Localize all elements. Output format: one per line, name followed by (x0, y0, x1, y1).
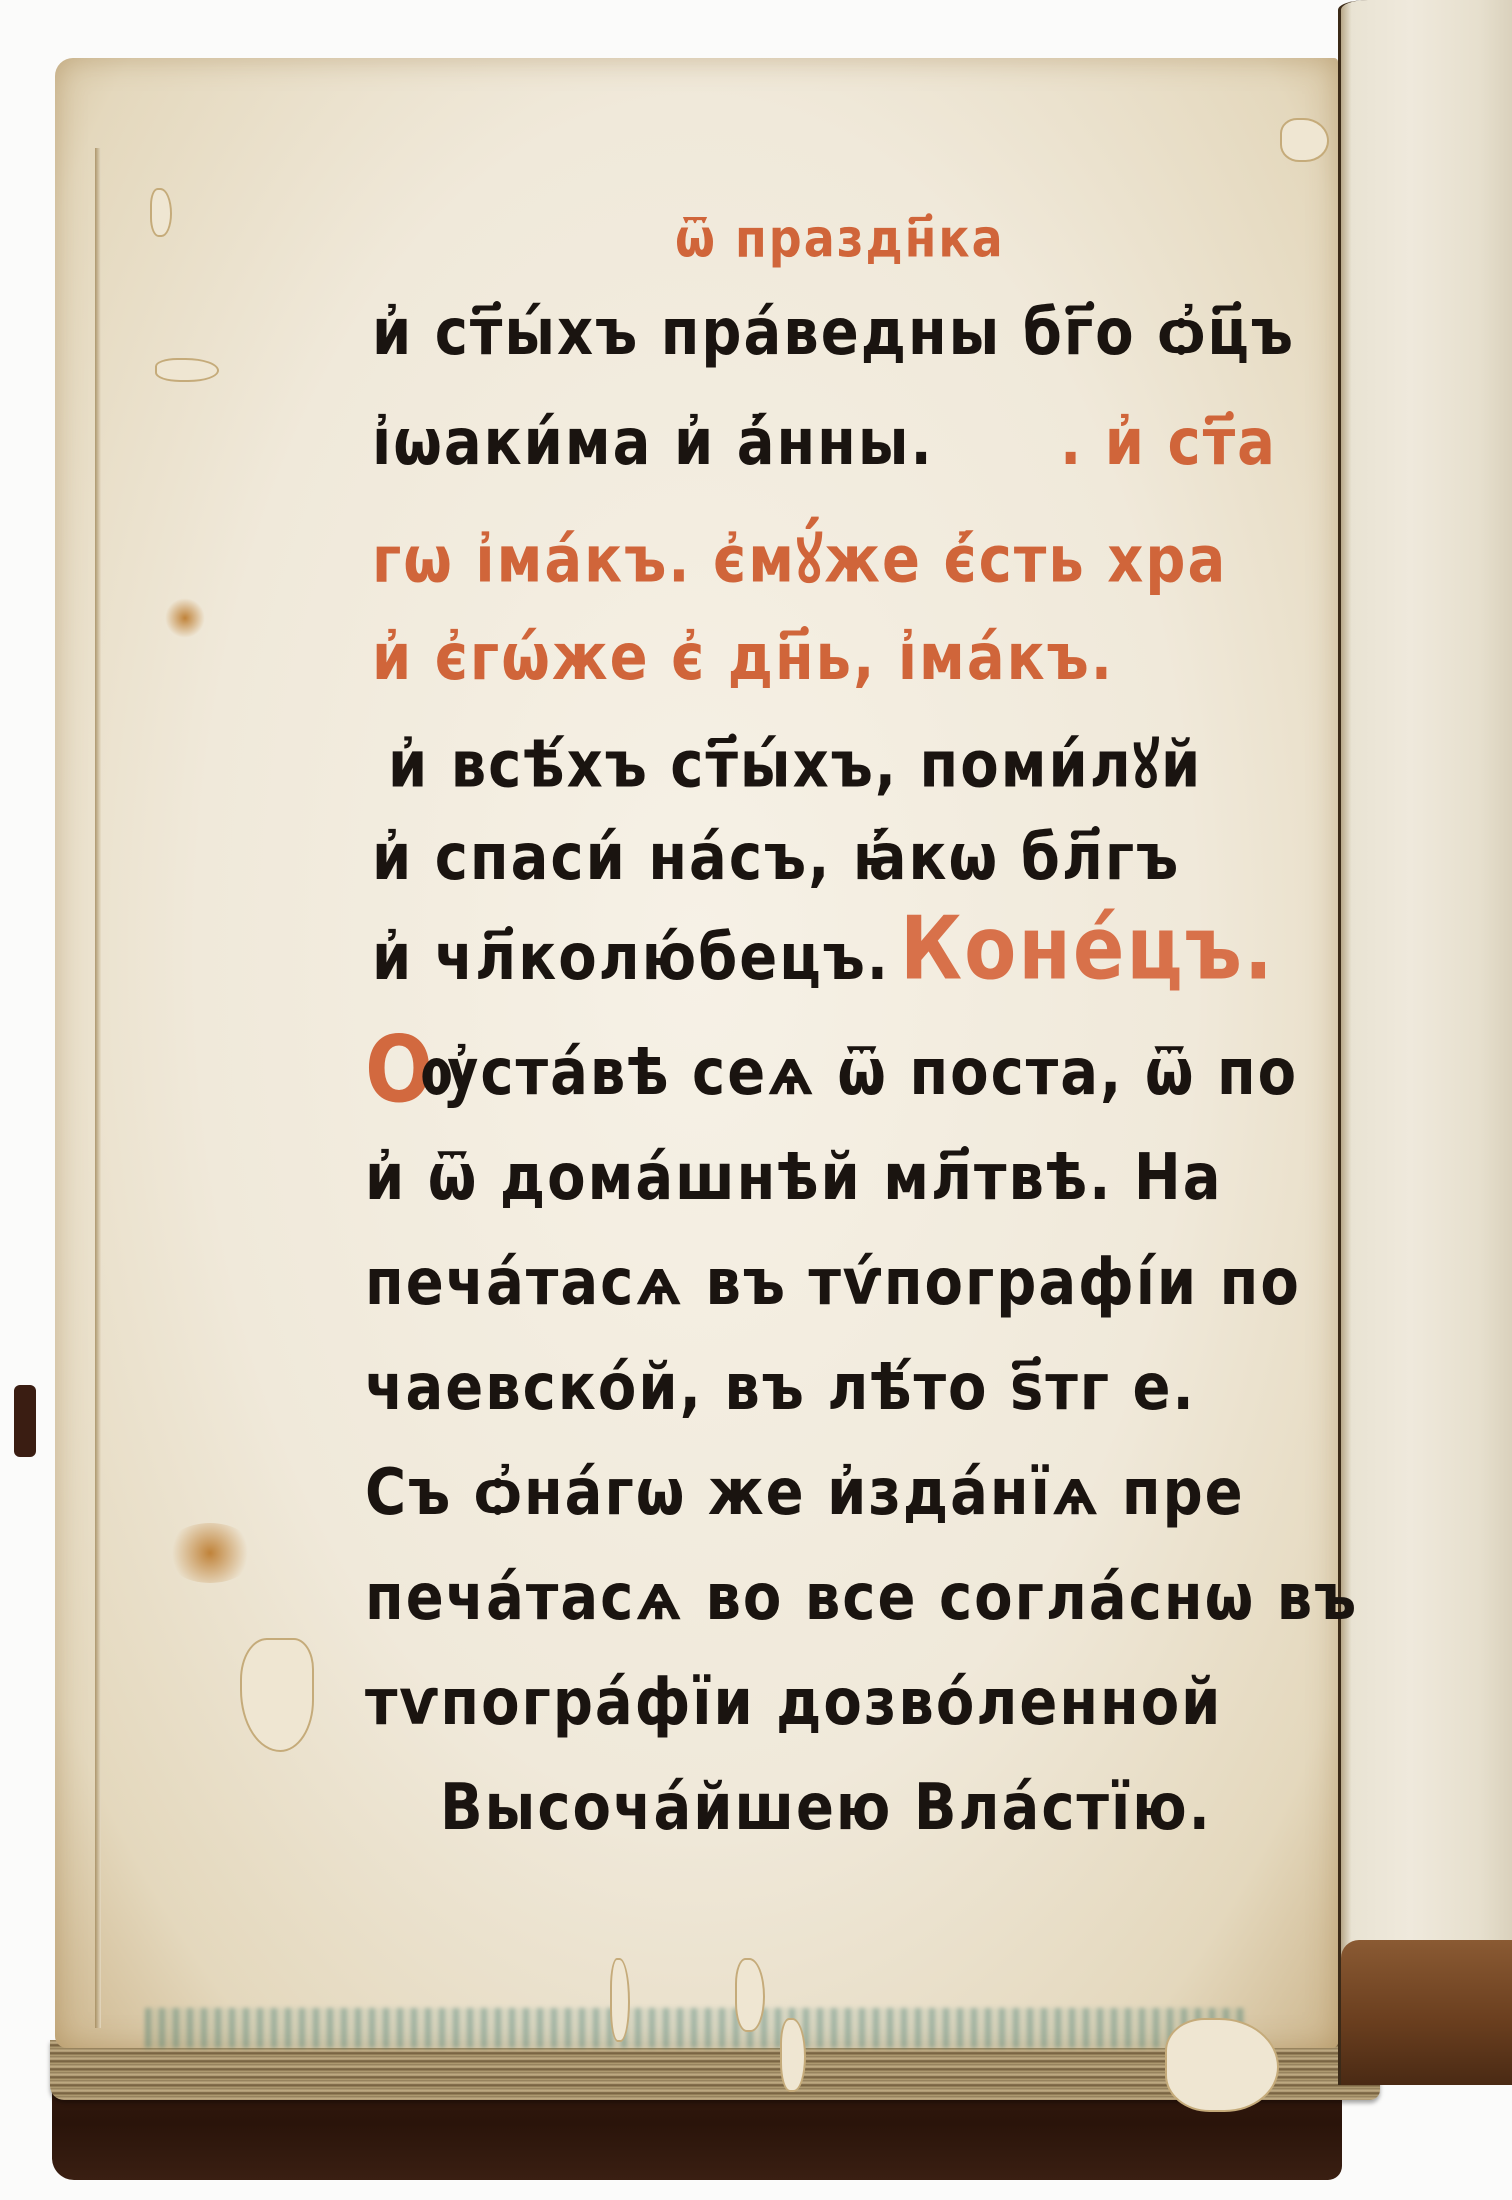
text-line-14: тѵпогра́фїи дозво́ленной (365, 1665, 1222, 1740)
text-line-5: и҆ всѣ́хъ ст҃ы́хъ, поми́лꙋй (388, 719, 1202, 806)
text-line-4: и҆ є҆гѡ́же є҆ дн҃ь, і҆ма́къ. (372, 620, 1114, 695)
text-line-6: и҆ спаси́ на́съ, ꙗ҆́кѡ бл҃гъ (372, 820, 1180, 895)
text-line-15: Высоча́йшею Вла́стїю. (440, 1770, 1212, 1845)
text-line-8: ѹ҆ста́вѣ сеѧ ѿ поста, ѿ по (420, 1035, 1298, 1110)
text-line-2b: . и҆ ст҃а (1060, 405, 1277, 480)
text-line-12: Съ ѻ҆на́гѡ же и҆зда́нїѧ пре (365, 1455, 1245, 1530)
text-line-2a: і҆ѡаки́ма и҆ а҆́нны. (372, 405, 934, 480)
printed-text: ѿ праздн҃ка и҆ ст҃ы́хъ пра́ведны бг҃о ѻ҆… (0, 0, 1512, 2200)
text-line-11: чаевско́й, въ лѣ́то ѕ҃тг е. (365, 1350, 1196, 1425)
text-line-9: и҆ ѿ дома́шнѣй мл҃твѣ. На (365, 1140, 1223, 1215)
text-line-1: и҆ ст҃ы́хъ пра́ведны бг҃о ѻ҆ц҃ъ (372, 295, 1295, 370)
text-line-10: печа́тасѧ въ тѵ́пографі́и по (365, 1245, 1301, 1320)
konets-heading: Коне́цъ. (900, 897, 1275, 999)
page-heading: ѿ праздн҃ка (675, 207, 1005, 269)
text-line-3: гѡ і҆ма́къ. є҆мꙋ́же є҆́сть хра (372, 514, 1227, 601)
text-line-13: печа́тасѧ во все согла́снѡ въ (365, 1560, 1358, 1635)
text-line-7a: и҆ чл҃колю́бецъ. (372, 920, 890, 995)
